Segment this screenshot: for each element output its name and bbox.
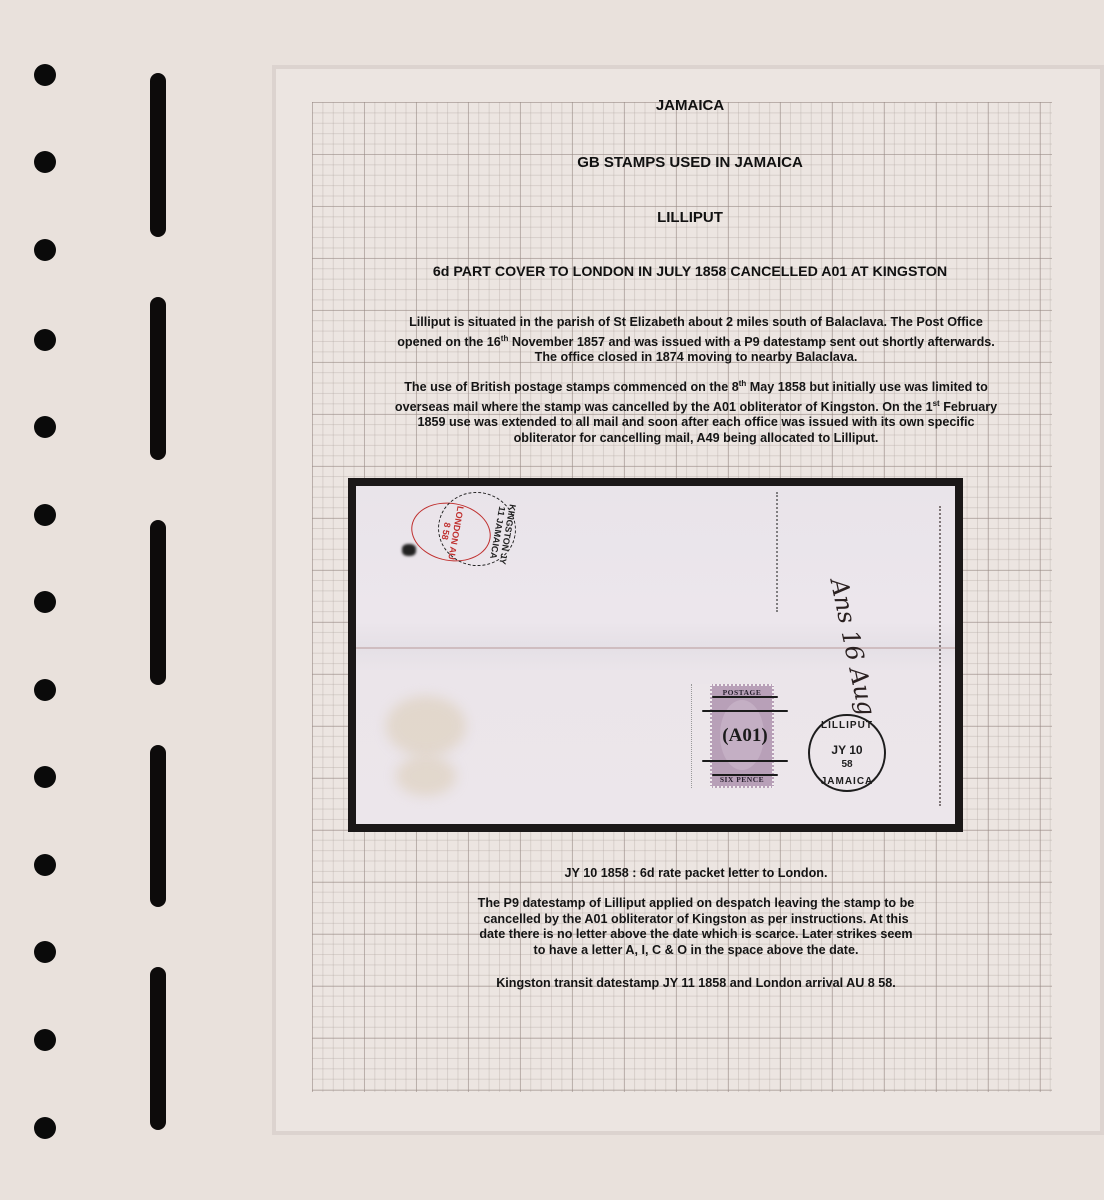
binder-hole: [34, 64, 56, 86]
datestamp-year: 58: [810, 759, 884, 770]
binder-hole: [34, 941, 56, 963]
binder-hole: [34, 591, 56, 613]
binder-hole: [34, 151, 56, 173]
stamp-bottom-label: SIX PENCE: [712, 775, 772, 784]
lilliput-datestamp: LILLIPUT JY 10 58 JAMAICA: [808, 714, 886, 792]
binder-slot: [150, 967, 166, 1130]
obliterator-bar: [712, 696, 778, 698]
age-stain: [386, 696, 466, 756]
intro-paragraph-1: Lilliput is situated in the parish of St…: [316, 315, 1076, 366]
text-line: Lilliput is situated in the parish of St…: [316, 315, 1076, 331]
obliterator-number: (A01): [698, 724, 792, 748]
manuscript-edge: [939, 506, 951, 806]
text-span: opened on the 16: [397, 335, 501, 349]
binder-hole: [34, 239, 56, 261]
text-line: The use of British postage stamps commen…: [316, 376, 1076, 396]
obliterator-bar: [712, 774, 778, 776]
text-span: May 1858 but initially use was limited t…: [746, 380, 987, 394]
faint-offset-mark: [776, 492, 810, 612]
postmark-text: KINGSTON JY 11 JAMAICA: [487, 496, 519, 570]
caption-paragraph-1: The P9 datestamp of Lilliput applied on …: [316, 896, 1076, 958]
binder-slot: [150, 73, 166, 237]
caption-paragraph-2: Kingston transit datestamp JY 11 1858 an…: [316, 976, 1076, 992]
text-span: overseas mail where the stamp was cancel…: [395, 400, 933, 414]
binder-hole: [34, 1117, 56, 1139]
text-line: overseas mail where the stamp was cancel…: [316, 396, 1076, 416]
page-subheading: GB STAMPS USED IN JAMAICA: [276, 154, 1104, 171]
obliterator-code: A01: [729, 725, 762, 747]
binder-hole: [34, 679, 56, 701]
album-page: JAMAICA GB STAMPS USED IN JAMAICA LILLIP…: [272, 65, 1104, 1135]
text-span: November 1857 and was issued with a P9 d…: [508, 335, 994, 349]
text-line: obliterator for cancelling mail, A49 bei…: [316, 431, 1076, 447]
binder-hole: [34, 329, 56, 351]
datestamp-country: JAMAICA: [810, 776, 884, 787]
text-line: The P9 datestamp of Lilliput applied on …: [316, 896, 1076, 912]
embossed-watermark: [118, 500, 158, 700]
datestamp-date: JY 10: [810, 743, 884, 757]
datestamp-town: LILLIPUT: [810, 720, 884, 731]
caption-date-line: JY 10 1858 : 6d rate packet letter to Lo…: [316, 866, 1076, 882]
obliterator-bar: [702, 710, 788, 712]
text-line: The office closed in 1874 moving to near…: [316, 350, 1076, 366]
intro-paragraph-2: The use of British postage stamps commen…: [316, 376, 1076, 446]
page-heading: JAMAICA: [276, 97, 1104, 114]
text-line: 1859 use was extended to all mail and so…: [316, 415, 1076, 431]
text-span: The use of British postage stamps commen…: [404, 380, 739, 394]
item-title: 6d PART COVER TO LONDON IN JULY 1858 CAN…: [276, 264, 1104, 280]
text-line: date there is no letter above the date w…: [316, 927, 1076, 943]
binder-hole: [34, 504, 56, 526]
ink-smudge: [402, 544, 416, 556]
a01-obliterator: (A01): [698, 696, 792, 776]
binder-slot: [150, 745, 166, 907]
cover-mount: LONDON AU 8 58 KINGSTON JY 11 JAMAICA An…: [348, 478, 963, 832]
binder-hole: [34, 854, 56, 876]
age-stain: [396, 756, 456, 796]
text-span: February: [940, 400, 997, 414]
text-line: cancelled by the A01 obliterator of King…: [316, 912, 1076, 928]
text-line: to have a letter A, I, C & O in the spac…: [316, 943, 1076, 959]
obliterator-bar: [702, 760, 788, 762]
superscript: st: [933, 399, 940, 408]
binder-hole: [34, 416, 56, 438]
postal-cover: LONDON AU 8 58 KINGSTON JY 11 JAMAICA An…: [356, 486, 955, 824]
binder-hole: [34, 1029, 56, 1051]
text-line: opened on the 16th November 1857 and was…: [316, 331, 1076, 351]
binder-hole: [34, 766, 56, 788]
binder-slot: [150, 297, 166, 460]
office-name: LILLIPUT: [276, 209, 1104, 226]
